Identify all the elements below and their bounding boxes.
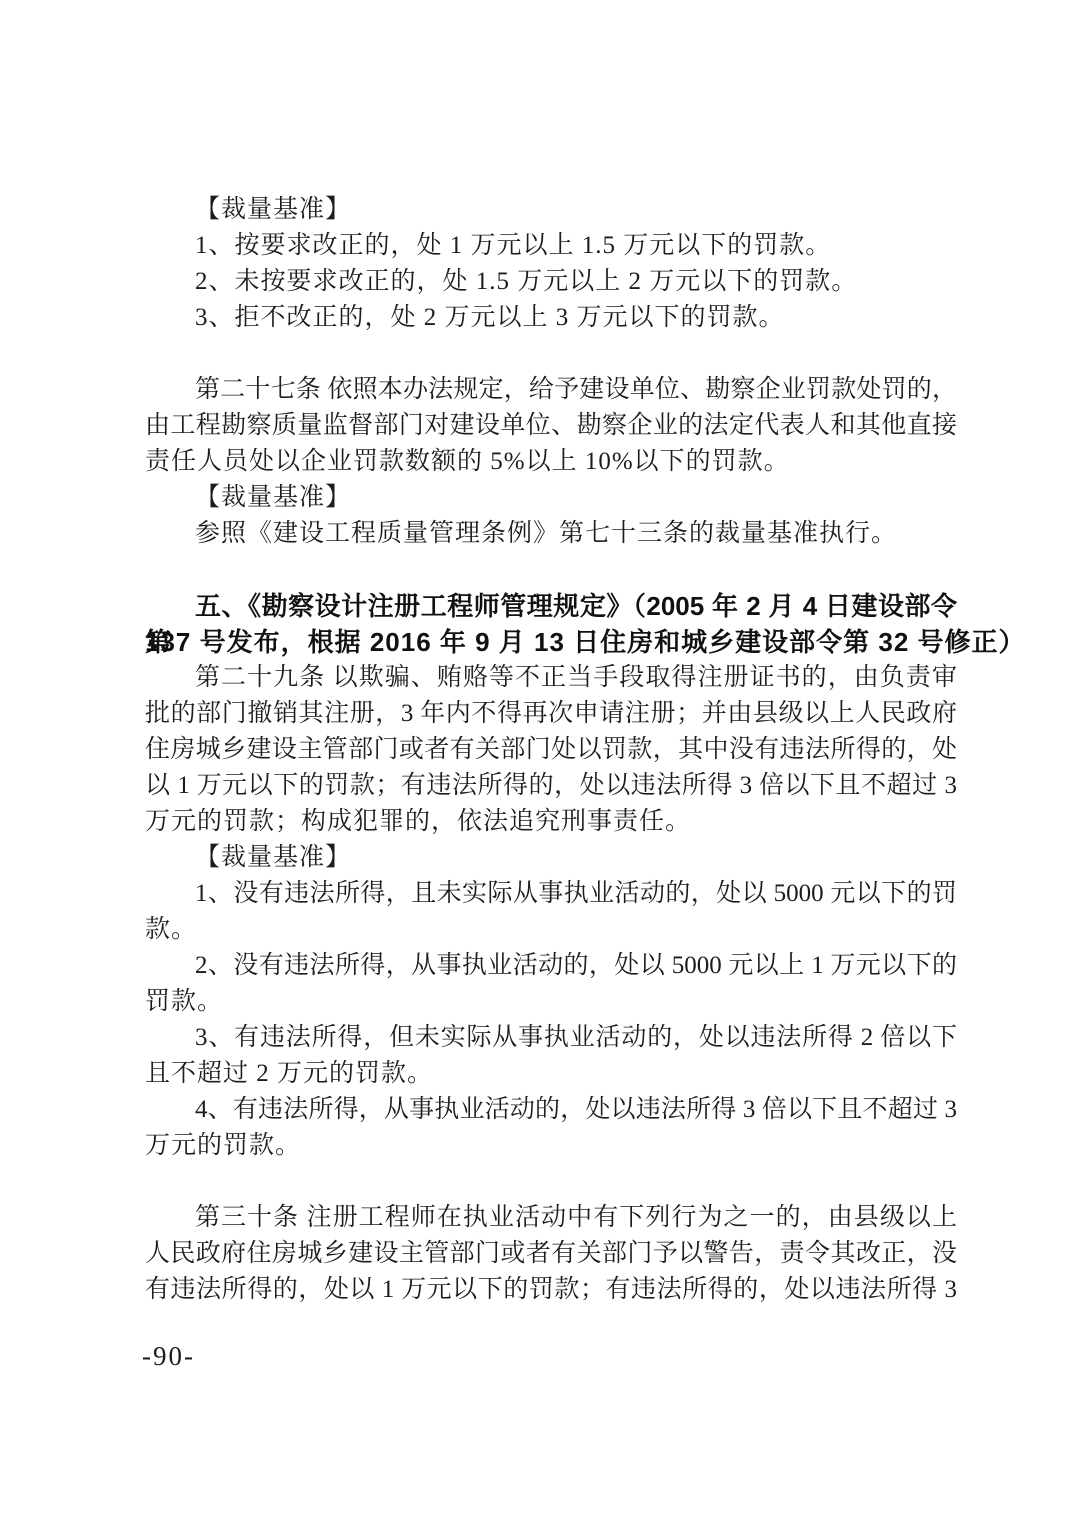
bracket-heading: 【裁量基准】	[145, 480, 957, 516]
article-line: 批的部门撤销其注册，3 年内不得再次申请注册；并由县级以上人民政府	[145, 696, 957, 732]
document-page: 【裁量基准】1、按要求改正的，处 1 万元以上 1.5 万元以下的罚款。2、未按…	[0, 0, 1075, 1520]
page-number: -90-	[142, 1338, 195, 1374]
article-line: 第三十条 注册工程师在执业活动中有下列行为之一的，由县级以上	[145, 1200, 957, 1236]
list-item: 款。	[145, 912, 957, 948]
list-item: 3、拒不改正的，处 2 万元以上 3 万元以下的罚款。	[145, 300, 957, 336]
bracket-heading: 【裁量基准】	[145, 840, 957, 876]
article-line: 第二十七条 依照本办法规定，给予建设单位、勘察企业罚款处罚的，	[145, 372, 957, 408]
document-body: 【裁量基准】1、按要求改正的，处 1 万元以上 1.5 万元以下的罚款。2、未按…	[145, 192, 957, 1308]
list-item: 2、未按要求改正的，处 1.5 万元以上 2 万元以下的罚款。	[145, 264, 957, 300]
section-heading: 五、《勘察设计注册工程师管理规定》（2005 年 2 月 4 日建设部令第	[145, 588, 957, 624]
article-line: 由工程勘察质量监督部门对建设单位、勘察企业的法定代表人和其他直接	[145, 408, 957, 444]
article-line: 第二十九条 以欺骗、贿赂等不正当手段取得注册证书的，由负责审	[145, 660, 957, 696]
article-line: 住房城乡建设主管部门或者有关部门处以罚款，其中没有违法所得的，处	[145, 732, 957, 768]
article-line: 人民政府住房城乡建设主管部门或者有关部门予以警告，责令其改正，没	[145, 1236, 957, 1272]
bracket-heading: 【裁量基准】	[145, 192, 957, 228]
list-item: 3、有违法所得，但未实际从事执业活动的，处以违法所得 2 倍以下	[145, 1020, 957, 1056]
list-item: 罚款。	[145, 984, 957, 1020]
article-line: 以 1 万元以下的罚款；有违法所得的，处以违法所得 3 倍以下且不超过 3	[145, 768, 957, 804]
article-line: 有违法所得的，处以 1 万元以下的罚款；有违法所得的，处以违法所得 3	[145, 1272, 957, 1308]
list-item: 1、按要求改正的，处 1 万元以上 1.5 万元以下的罚款。	[145, 228, 957, 264]
article-line: 参照《建设工程质量管理条例》第七十三条的裁量基准执行。	[145, 516, 957, 552]
list-item: 且不超过 2 万元的罚款。	[145, 1056, 957, 1092]
article-line: 责任人员处以企业罚款数额的 5%以上 10%以下的罚款。	[145, 444, 957, 480]
blank-line	[145, 336, 957, 372]
list-item: 2、没有违法所得，从事执业活动的，处以 5000 元以上 1 万元以下的	[145, 948, 957, 984]
blank-line	[145, 552, 957, 588]
section-heading: 137 号发布，根据 2016 年 9 月 13 日住房和城乡建设部令第 32 …	[145, 624, 957, 660]
blank-line	[145, 1164, 957, 1200]
list-item: 万元的罚款。	[145, 1128, 957, 1164]
list-item: 1、没有违法所得，且未实际从事执业活动的，处以 5000 元以下的罚	[145, 876, 957, 912]
list-item: 4、有违法所得，从事执业活动的，处以违法所得 3 倍以下且不超过 3	[145, 1092, 957, 1128]
article-line: 万元的罚款；构成犯罪的，依法追究刑事责任。	[145, 804, 957, 840]
